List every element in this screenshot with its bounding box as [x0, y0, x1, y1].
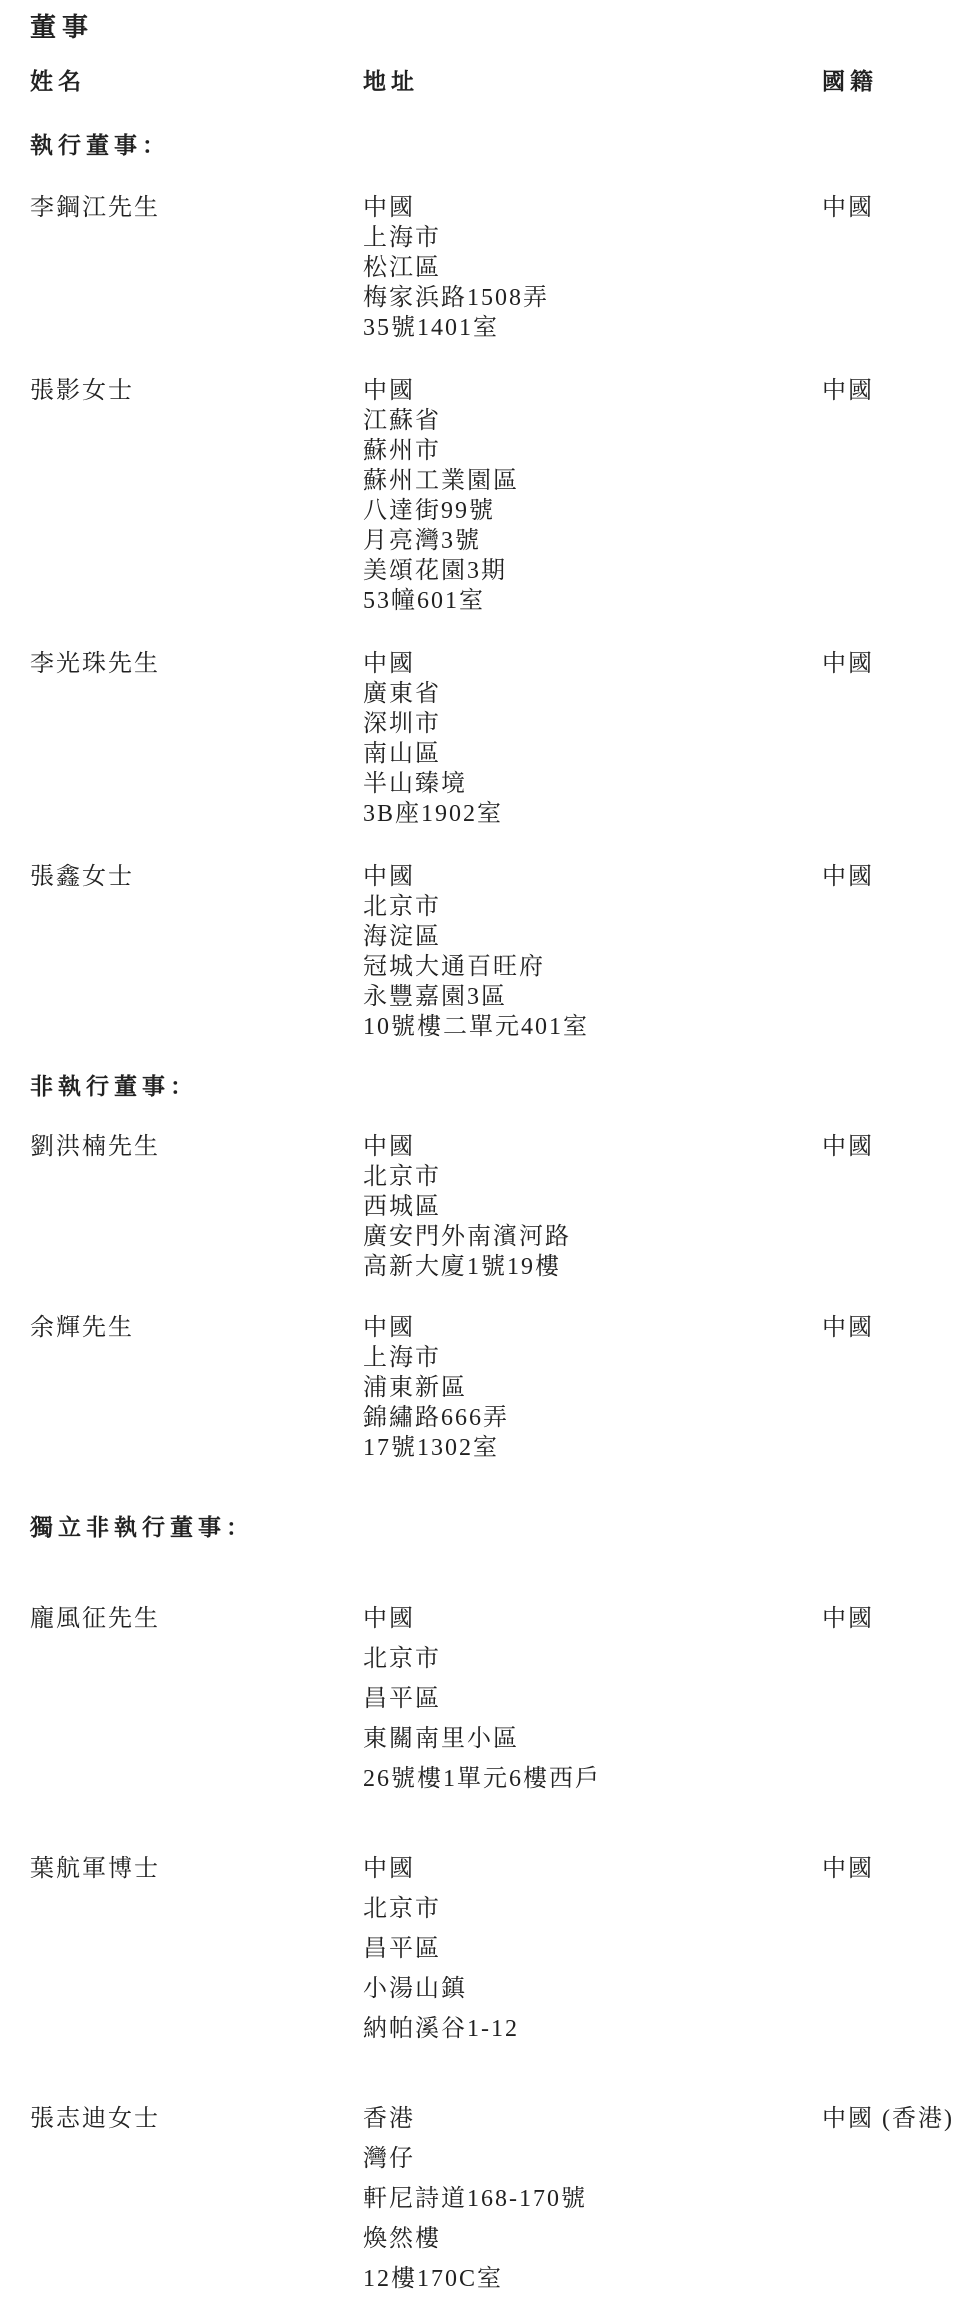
address-line: 中國	[363, 1313, 822, 1343]
address-line: 中國	[363, 649, 822, 679]
director-nationality: 中國	[822, 1313, 960, 1343]
address-line: 中國	[363, 376, 822, 406]
address-line: 浦東新區	[363, 1373, 822, 1403]
director-row: 李光珠先生 中國 廣東省 深圳市 南山區 半山臻境 3B座1902室 中國	[30, 649, 960, 829]
address-line: 10號樓二單元401室	[363, 1012, 822, 1042]
address-line: 26號樓1單元6樓西戶	[363, 1759, 822, 1799]
address-line: 中國	[363, 1599, 822, 1639]
director-row: 葉航軍博士 中國 北京市 昌平區 小湯山鎮 納帕溪谷1-12 中國	[30, 1849, 960, 2049]
director-address: 香港 灣仔 軒尼詩道168-170號 煥然樓 12樓170C室	[363, 2099, 822, 2299]
director-row: 張志迪女士 香港 灣仔 軒尼詩道168-170號 煥然樓 12樓170C室 中國…	[30, 2099, 960, 2299]
address-line: 廣東省	[363, 679, 822, 709]
address-line: 軒尼詩道168-170號	[363, 2179, 822, 2219]
address-line: 永豐嘉園3區	[363, 982, 822, 1012]
address-line: 深圳市	[363, 709, 822, 739]
address-line: 蘇州工業園區	[363, 466, 822, 496]
address-line: 北京市	[363, 1889, 822, 1929]
director-row: 龐風征先生 中國 北京市 昌平區 東關南里小區 26號樓1單元6樓西戶 中國	[30, 1599, 960, 1799]
address-line: 53幢601室	[363, 586, 822, 616]
director-name: 龐風征先生	[30, 1599, 363, 1639]
director-row: 張鑫女士 中國 北京市 海淀區 冠城大通百旺府 永豐嘉園3區 10號樓二單元40…	[30, 862, 960, 1042]
address-line: 冠城大通百旺府	[363, 952, 822, 982]
director-address: 中國 北京市 昌平區 東關南里小區 26號樓1單元6樓西戶	[363, 1599, 822, 1799]
address-line: 12樓170C室	[363, 2259, 822, 2299]
director-nationality: 中國	[822, 649, 960, 679]
address-line: 中國	[363, 1849, 822, 1889]
director-name: 劉洪楠先生	[30, 1132, 363, 1162]
director-row: 余輝先生 中國 上海市 浦東新區 錦繡路666弄 17號1302室 中國	[30, 1313, 960, 1463]
director-name: 張志迪女士	[30, 2099, 363, 2139]
section-heading-independent: 獨立非執行董事：	[30, 1512, 960, 1542]
address-line: 昌平區	[363, 1929, 822, 1969]
director-row: 李鋼江先生 中國 上海市 松江區 梅家浜路1508弄 35號1401室 中國	[30, 193, 960, 343]
director-address: 中國 北京市 昌平區 小湯山鎮 納帕溪谷1-12	[363, 1849, 822, 2049]
director-address: 中國 廣東省 深圳市 南山區 半山臻境 3B座1902室	[363, 649, 822, 829]
address-line: 昌平區	[363, 1679, 822, 1719]
director-name: 張鑫女士	[30, 862, 363, 892]
address-line: 南山區	[363, 739, 822, 769]
column-header-nationality: 國籍	[822, 66, 960, 96]
address-line: 蘇州市	[363, 436, 822, 466]
address-line: 納帕溪谷1-12	[363, 2009, 822, 2049]
address-line: 3B座1902室	[363, 799, 822, 829]
address-line: 美頌花園3期	[363, 556, 822, 586]
address-line: 北京市	[363, 1639, 822, 1679]
director-nationality: 中國	[822, 193, 960, 223]
address-line: 八達街99號	[363, 496, 822, 526]
director-address: 中國 上海市 浦東新區 錦繡路666弄 17號1302室	[363, 1313, 822, 1463]
section-heading-executive: 執行董事：	[30, 130, 960, 160]
director-nationality: 中國	[822, 862, 960, 892]
page-title: 董事	[30, 12, 960, 42]
address-line: 廣安門外南濱河路	[363, 1222, 822, 1252]
director-row: 劉洪楠先生 中國 北京市 西城區 廣安門外南濱河路 高新大廈1號19樓 中國	[30, 1132, 960, 1282]
director-name: 李光珠先生	[30, 649, 363, 679]
address-line: 東關南里小區	[363, 1719, 822, 1759]
address-line: 半山臻境	[363, 769, 822, 799]
address-line: 香港	[363, 2099, 822, 2139]
address-line: 北京市	[363, 892, 822, 922]
director-row: 張影女士 中國 江蘇省 蘇州市 蘇州工業園區 八達街99號 月亮灣3號 美頌花園…	[30, 376, 960, 616]
director-address: 中國 上海市 松江區 梅家浜路1508弄 35號1401室	[363, 193, 822, 343]
address-line: 松江區	[363, 253, 822, 283]
director-nationality: 中國	[822, 1599, 960, 1639]
address-line: 北京市	[363, 1162, 822, 1192]
table-header: 姓名 地址 國籍	[30, 66, 960, 96]
document-page: 董事 姓名 地址 國籍 執行董事： 李鋼江先生 中國 上海市 松江區 梅家浜路1…	[0, 0, 960, 2304]
column-header-address: 地址	[363, 66, 822, 96]
address-line: 中國	[363, 1132, 822, 1162]
address-line: 17號1302室	[363, 1433, 822, 1463]
director-name: 余輝先生	[30, 1313, 363, 1343]
director-name: 葉航軍博士	[30, 1849, 363, 1889]
address-line: 江蘇省	[363, 406, 822, 436]
director-name: 張影女士	[30, 376, 363, 406]
address-line: 35號1401室	[363, 313, 822, 343]
address-line: 梅家浜路1508弄	[363, 283, 822, 313]
address-line: 高新大廈1號19樓	[363, 1252, 822, 1282]
address-line: 中國	[363, 193, 822, 223]
director-address: 中國 北京市 海淀區 冠城大通百旺府 永豐嘉園3區 10號樓二單元401室	[363, 862, 822, 1042]
address-line: 灣仔	[363, 2139, 822, 2179]
section-heading-non-executive: 非執行董事：	[30, 1071, 960, 1101]
director-address: 中國 江蘇省 蘇州市 蘇州工業園區 八達街99號 月亮灣3號 美頌花園3期 53…	[363, 376, 822, 616]
director-name: 李鋼江先生	[30, 193, 363, 223]
director-nationality: 中國	[822, 376, 960, 406]
address-line: 上海市	[363, 1343, 822, 1373]
address-line: 中國	[363, 862, 822, 892]
address-line: 月亮灣3號	[363, 526, 822, 556]
address-line: 煥然樓	[363, 2219, 822, 2259]
director-address: 中國 北京市 西城區 廣安門外南濱河路 高新大廈1號19樓	[363, 1132, 822, 1282]
address-line: 海淀區	[363, 922, 822, 952]
director-nationality: 中國 (香港)	[822, 2099, 960, 2139]
column-header-name: 姓名	[30, 66, 363, 96]
director-nationality: 中國	[822, 1849, 960, 1889]
address-line: 上海市	[363, 223, 822, 253]
director-nationality: 中國	[822, 1132, 960, 1162]
address-line: 小湯山鎮	[363, 1969, 822, 2009]
address-line: 西城區	[363, 1192, 822, 1222]
address-line: 錦繡路666弄	[363, 1403, 822, 1433]
